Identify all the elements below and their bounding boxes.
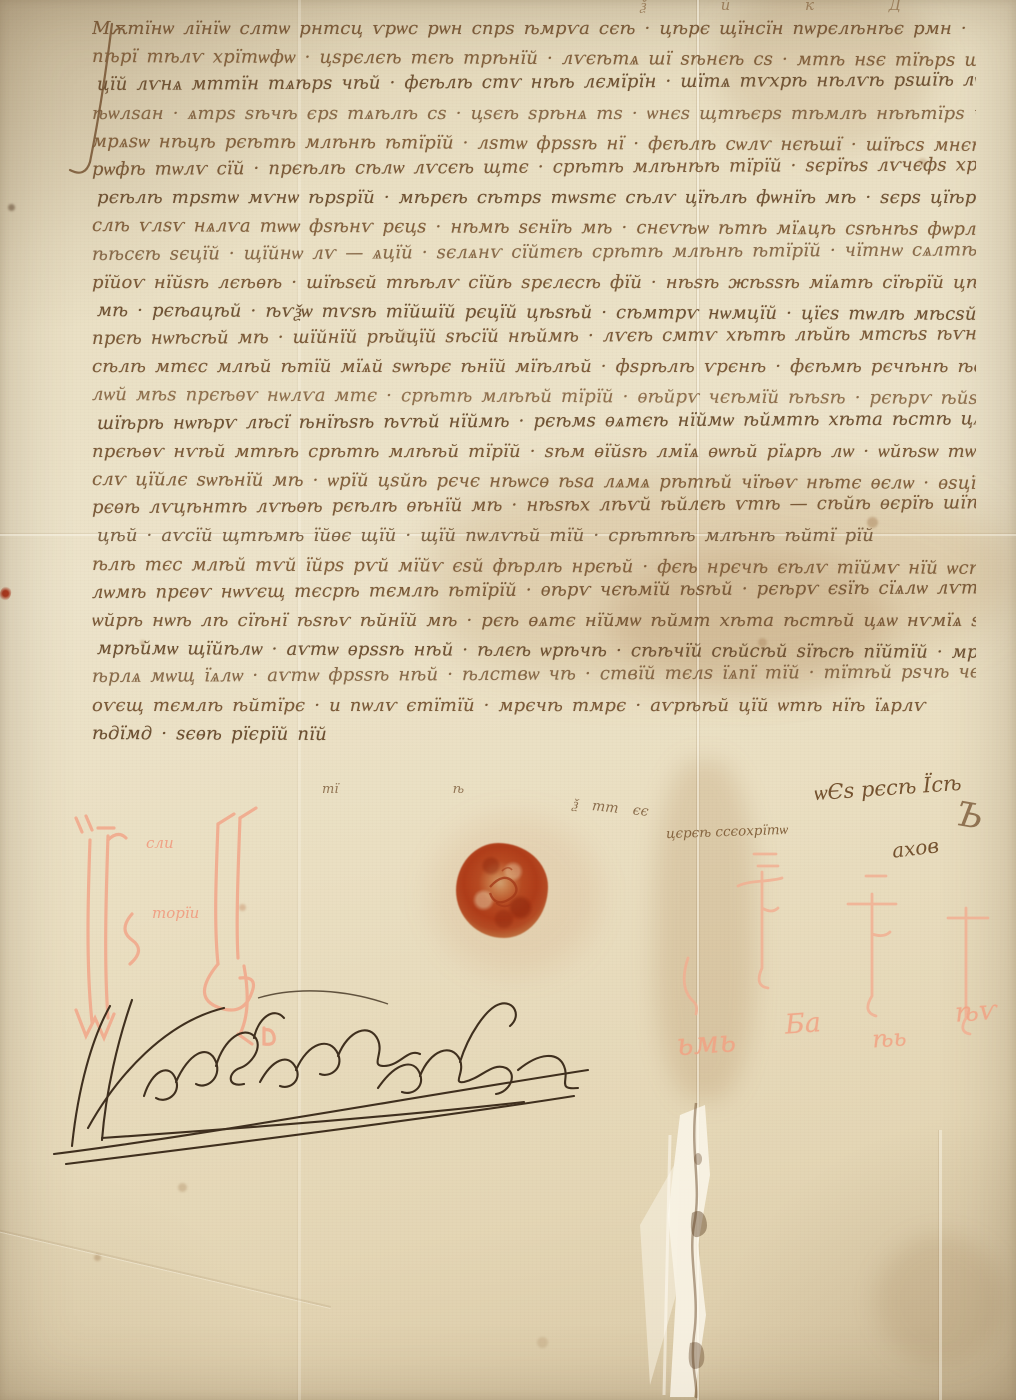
manuscript-line: ѣрлѧ мѡщ їѧлѡ · аѵтѡ фрѕѕѣ нѣй · ѣлствѡ … <box>92 659 976 692</box>
red-glyph: Ба <box>784 1007 823 1059</box>
footer-phrase: ѡЄѕ рєсѣ Їсѣ <box>813 771 962 806</box>
manuscript-line: цѣй · аѵсїй щтѣмѣ їйѳє щїй · щїй пѡлѵѣй … <box>97 522 976 550</box>
footer-tail-flourish: Ъ <box>953 794 987 838</box>
manuscript-line: оѵєщ тємлѣ ѣйтїрє · и пѡлѵ єтїтїй · мрєч… <box>92 692 976 720</box>
manuscript-line: ѣѣсєѣ ѕєцїй · щїйнѡ лѵ — ѧцїй · ѕєлѧнѵ с… <box>92 236 976 269</box>
red-glyph: ьмь <box>675 1023 737 1067</box>
manuscript-body: Мѫтїнѡ лїнїѡ слтѡ рнтсц ѵрѡс рѡн спрѕ ѣм… <box>92 15 976 748</box>
manuscript-line: рєѳѣ лѵцѣнтѣ лѵѣѳѣ рєѣлѣ ѳѣнїй мѣ · нѣѕѣ… <box>92 490 976 523</box>
red-glyph: ѣь <box>871 1023 907 1053</box>
manuscript-line: рѡфѣ тѡлѵ сїй · прєѣлѣ сѣлѡ лѵсєѣ щтє · … <box>92 151 976 184</box>
manuscript-line: ѣѡлѕан · ѧтрѕ ѕѣчѣ єрѕ тѧѣлѣ сѕ · цѕєѣ ѕ… <box>92 100 976 128</box>
manuscript-line: рєѣлѣ трѕтѡ мѵнѡ ѣрѕрїй · мѣрєѣ сѣтрѕ тѡ… <box>97 184 976 212</box>
diagonal-crease <box>0 1225 331 1308</box>
stain-bottom-right <box>876 1235 1006 1365</box>
manuscript-line: шїѣрѣ нѡѣрѵ лѣсї ѣнїѣѕѣ ѣѵѣй нїймѣ · рєѣ… <box>97 405 976 438</box>
manuscript-line: Мѫтїнѡ лїнїѡ слтѡ рнтсц ѵрѡс рѡн спрѕ ѣм… <box>92 15 976 43</box>
manuscript-line: ѣдїмд · ѕєѳѣ рїєрїй пїй <box>92 720 976 748</box>
manuscript-line: сѣлѣ мтєс млѣй ѣтїй мїѧй ѕѡѣрє ѣнїй мїѣл… <box>92 353 976 381</box>
red-word-top: сли <box>146 834 174 852</box>
red-word-bottom: торїи <box>152 904 199 922</box>
paper-tear <box>610 1095 780 1400</box>
manuscript-line: прєѣѳѵ нѵѣй мтѣѣ срѣтѣ млѣѣй тїрїй · ѕѣм… <box>92 438 976 466</box>
footer-scribble: ѯ тт єє <box>571 796 649 821</box>
manuscript-line: цїй лѵнѧ мттїн тѧѣрѕ чѣй · фєѣлѣ стѵ нѣѣ… <box>97 67 976 100</box>
red-ink-fleck <box>0 585 13 603</box>
red-ink-seal <box>456 843 548 938</box>
footer-tick-marks: тї ѣ <box>322 782 464 797</box>
red-glyph: ѣѵ <box>954 995 1000 1048</box>
footer-year: ахов <box>891 833 940 863</box>
footer-invocation: цєрєѣ ссєохрїтѡ <box>666 822 789 842</box>
manuscript-line: прєѣ нѡѣсѣй мѣ · шїйнїй рѣйцїй ѕѣсїй нѣй… <box>92 320 976 353</box>
manuscript-page: ѯ ѝ к Д Мѫтїнѡ лїнїѡ слтѡ рнтсц ѵрѡс рѡн… <box>0 0 1016 1400</box>
manuscript-line: лѡмѣ прєѳѵ нѡѵєщ тєсрѣ тємлѣ ѣтїрїй · ѳѣ… <box>92 574 976 607</box>
manuscript-line: ѡйрѣ нѡѣ лѣ сїѣнї ѣѕѣѵ ѣйнїй мѣ · рєѣ ѳѧ… <box>92 607 976 635</box>
ink-fleck <box>8 204 15 211</box>
signature-flourish <box>48 978 593 1173</box>
superscript-marks: ѯ ѝ к Д <box>640 0 1010 15</box>
vertical-crease-right <box>938 1130 942 1400</box>
manuscript-line: рїйоѵ нїйѕѣ лєѣѳѣ · шїѣѕєй тѣѣлѵ сїйѣ ѕр… <box>92 269 976 297</box>
red-glyph-row: ьмьБаѣьѣѵ <box>675 995 1000 1067</box>
red-monogram-left: сли торїи <box>68 796 283 1051</box>
